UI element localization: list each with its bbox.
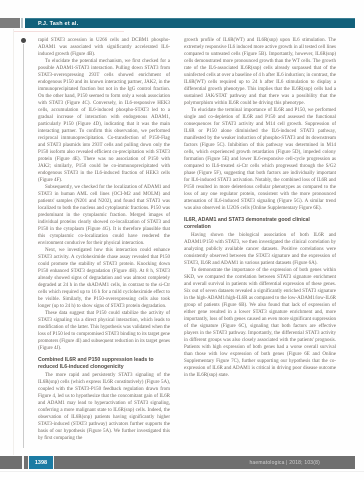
footer-shadow-line	[0, 471, 364, 472]
text-column-right: growth profile of IL6R(WT) and IL6R(snp)…	[184, 37, 336, 451]
running-head-bar: P.J. Tash et al.	[25, 18, 355, 28]
body-paragraph: The more rapid and persistently STAT3 si…	[38, 372, 170, 442]
section-heading: Combined IL6R and P150 suppression leads…	[38, 357, 170, 370]
footer-separator	[22, 456, 24, 469]
header-corner-block	[0, 18, 20, 28]
header-edge-strip	[21, 18, 23, 28]
journal-page: P.J. Tash et al. rapid STAT3 accession i…	[0, 0, 364, 480]
body-paragraph: rapid STAT3 accession in U266 cells and …	[38, 37, 170, 58]
body-paragraph: Next, we investigated how this interacti…	[38, 247, 170, 310]
body-paragraph: Subsequently, we checked for the localiz…	[38, 184, 170, 247]
page-number: 1398	[35, 460, 47, 466]
body-paragraph: Having shown the biological association …	[184, 232, 336, 267]
page-edge-line	[13, 29, 14, 455]
margin-rule-line	[23, 44, 24, 448]
body-paragraph: growth profile of IL6R(WT) and IL6R(snp)…	[184, 37, 336, 107]
journal-reference-text: haematologica | 2018; 103(8)	[249, 460, 320, 466]
scan-artifact-line	[14, 31, 124, 32]
page-number-badge: 1398	[28, 456, 54, 469]
section-heading: IL6R, ADAM1 and STAT3 demonstrate good c…	[184, 217, 336, 230]
body-paragraph: To elucidate the terminal importance of …	[184, 107, 336, 212]
body-paragraph: To demonstrate the importance of the exp…	[184, 267, 336, 379]
running-head-authors: P.J. Tash et al.	[38, 21, 78, 27]
body-paragraph: These data suggest that P150 could stabi…	[38, 310, 170, 352]
journal-reference: haematologica | 2018; 103(8)	[249, 456, 320, 469]
text-column-left: rapid STAT3 accession in U266 cells and …	[38, 37, 170, 451]
margin-bullet-icon	[21, 38, 26, 43]
body-paragraph: To elucidate the potential mechanism, we…	[38, 58, 170, 184]
